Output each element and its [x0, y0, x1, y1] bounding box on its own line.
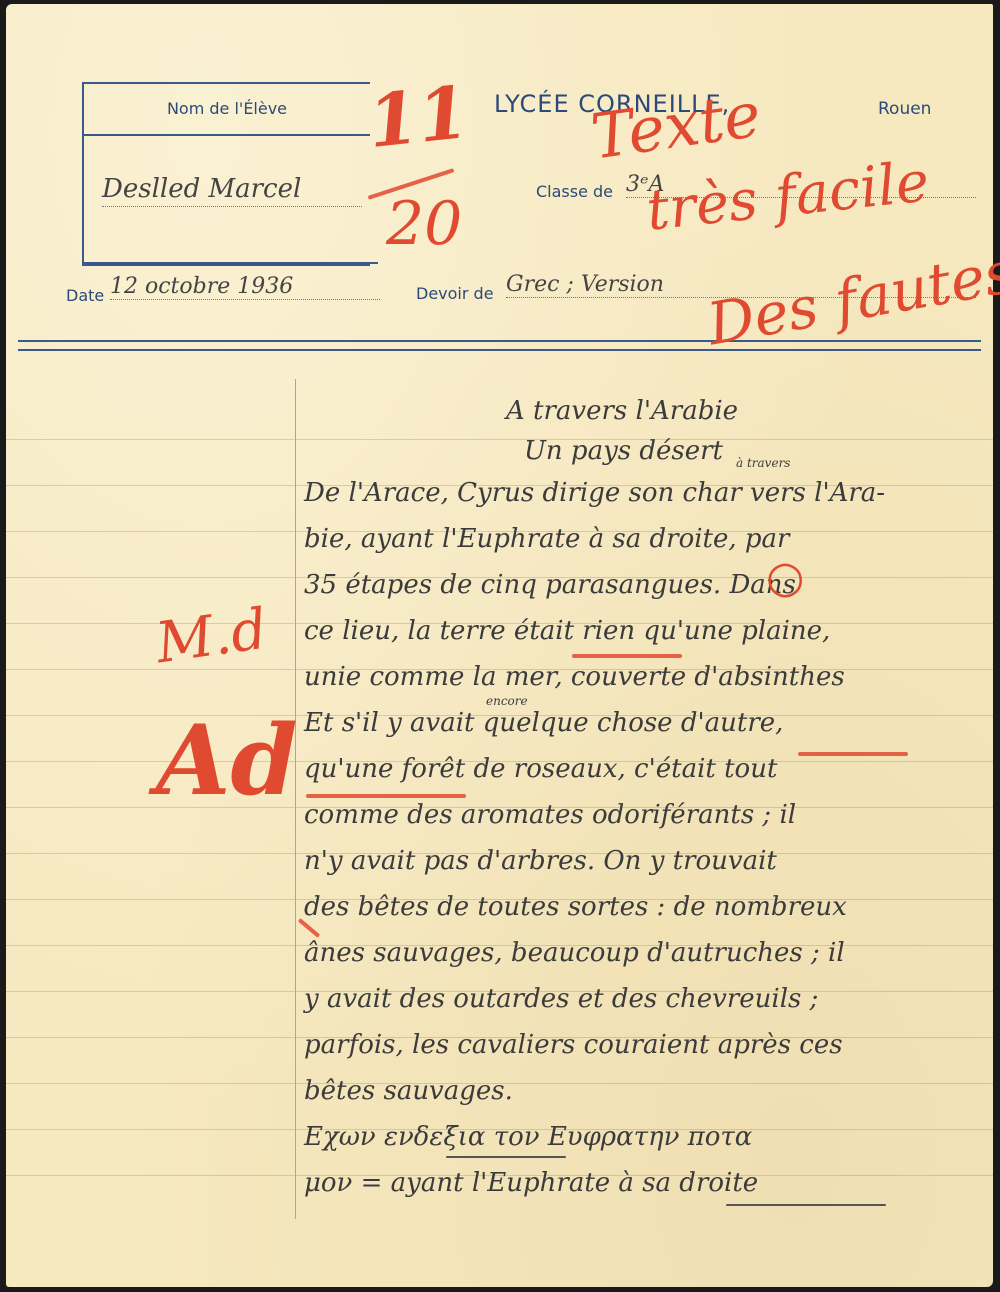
greek-line-2: μον = ayant l'Euphrate à sa droite [304, 1168, 758, 1198]
body-line-10: des bêtes de toutes sortes : de nombreux [304, 892, 847, 922]
body-line-14: bêtes sauvages. [304, 1076, 513, 1106]
assignment-label: Devoir de [416, 284, 494, 303]
body-line-7: qu'une forêt de roseaux, c'était tout [304, 754, 777, 784]
class-label: Classe de [536, 182, 613, 201]
insertion-a-travers: à travers [736, 456, 790, 470]
exam-sheet: Nom de l'Élève Deslled Marcel LYCÉE CORN… [6, 4, 993, 1287]
body-line-12: y avait des outardes et des chevreuils ; [304, 984, 818, 1014]
translation-subtitle: Un pays désert [524, 436, 723, 466]
correction-circle: ○ [766, 552, 804, 603]
body-line-8: comme des aromates odoriférants ; il [304, 800, 796, 830]
greek-line-1: Εχων ενδεξια τον Ευφρατην ποτα [304, 1122, 752, 1152]
body-line-4: ce lieu, la terre était rien qu'une plai… [304, 616, 830, 646]
school-city: Rouen [878, 99, 931, 119]
student-name-box: Nom de l'Élève Deslled Marcel [82, 82, 370, 266]
body-line-6: Et s'il y avait quelque chose d'autre, [304, 708, 783, 738]
body-line-5: unie comme la mer, couverte d'absinthes [304, 662, 845, 692]
insertion-encore: encore [486, 694, 528, 708]
body-line-13: parfois, les cavaliers couraient après c… [304, 1030, 843, 1060]
grade-numerator: 11 [364, 69, 473, 164]
body-line-11: ânes sauvages, beaucoup d'autruches ; il [304, 938, 845, 968]
grade-denominator: 20 [386, 189, 462, 259]
date-value: 12 octobre 1936 [110, 274, 380, 300]
margin-mark-ad: Ad [156, 704, 298, 817]
student-name: Deslled Marcel [102, 174, 362, 207]
pencil-underline-droite [726, 1204, 886, 1206]
name-box-bottom [82, 262, 378, 264]
body-line-9: n'y avait pas d'arbres. On y trouvait [304, 846, 777, 876]
correction-underline-etait [572, 654, 682, 658]
correction-underline-quune [306, 794, 466, 798]
body-line-3: 35 étapes de cinq parasangues. Dans [304, 570, 796, 600]
translation-title: A travers l'Arabie [506, 396, 738, 426]
pencil-underline-greek [446, 1156, 566, 1158]
header-rule-bottom [18, 349, 981, 351]
body-line-2: bie, ayant l'Euphrate à sa droite, par [304, 524, 789, 554]
date-label: Date [66, 286, 104, 305]
body-line-1: De l'Arace, Cyrus dirige son char vers l… [304, 478, 885, 508]
name-label: Nom de l'Élève [84, 84, 370, 136]
header-rule-top [18, 340, 981, 342]
correction-underline-autre [798, 752, 908, 756]
teacher-comment-2: très facile [643, 149, 932, 243]
